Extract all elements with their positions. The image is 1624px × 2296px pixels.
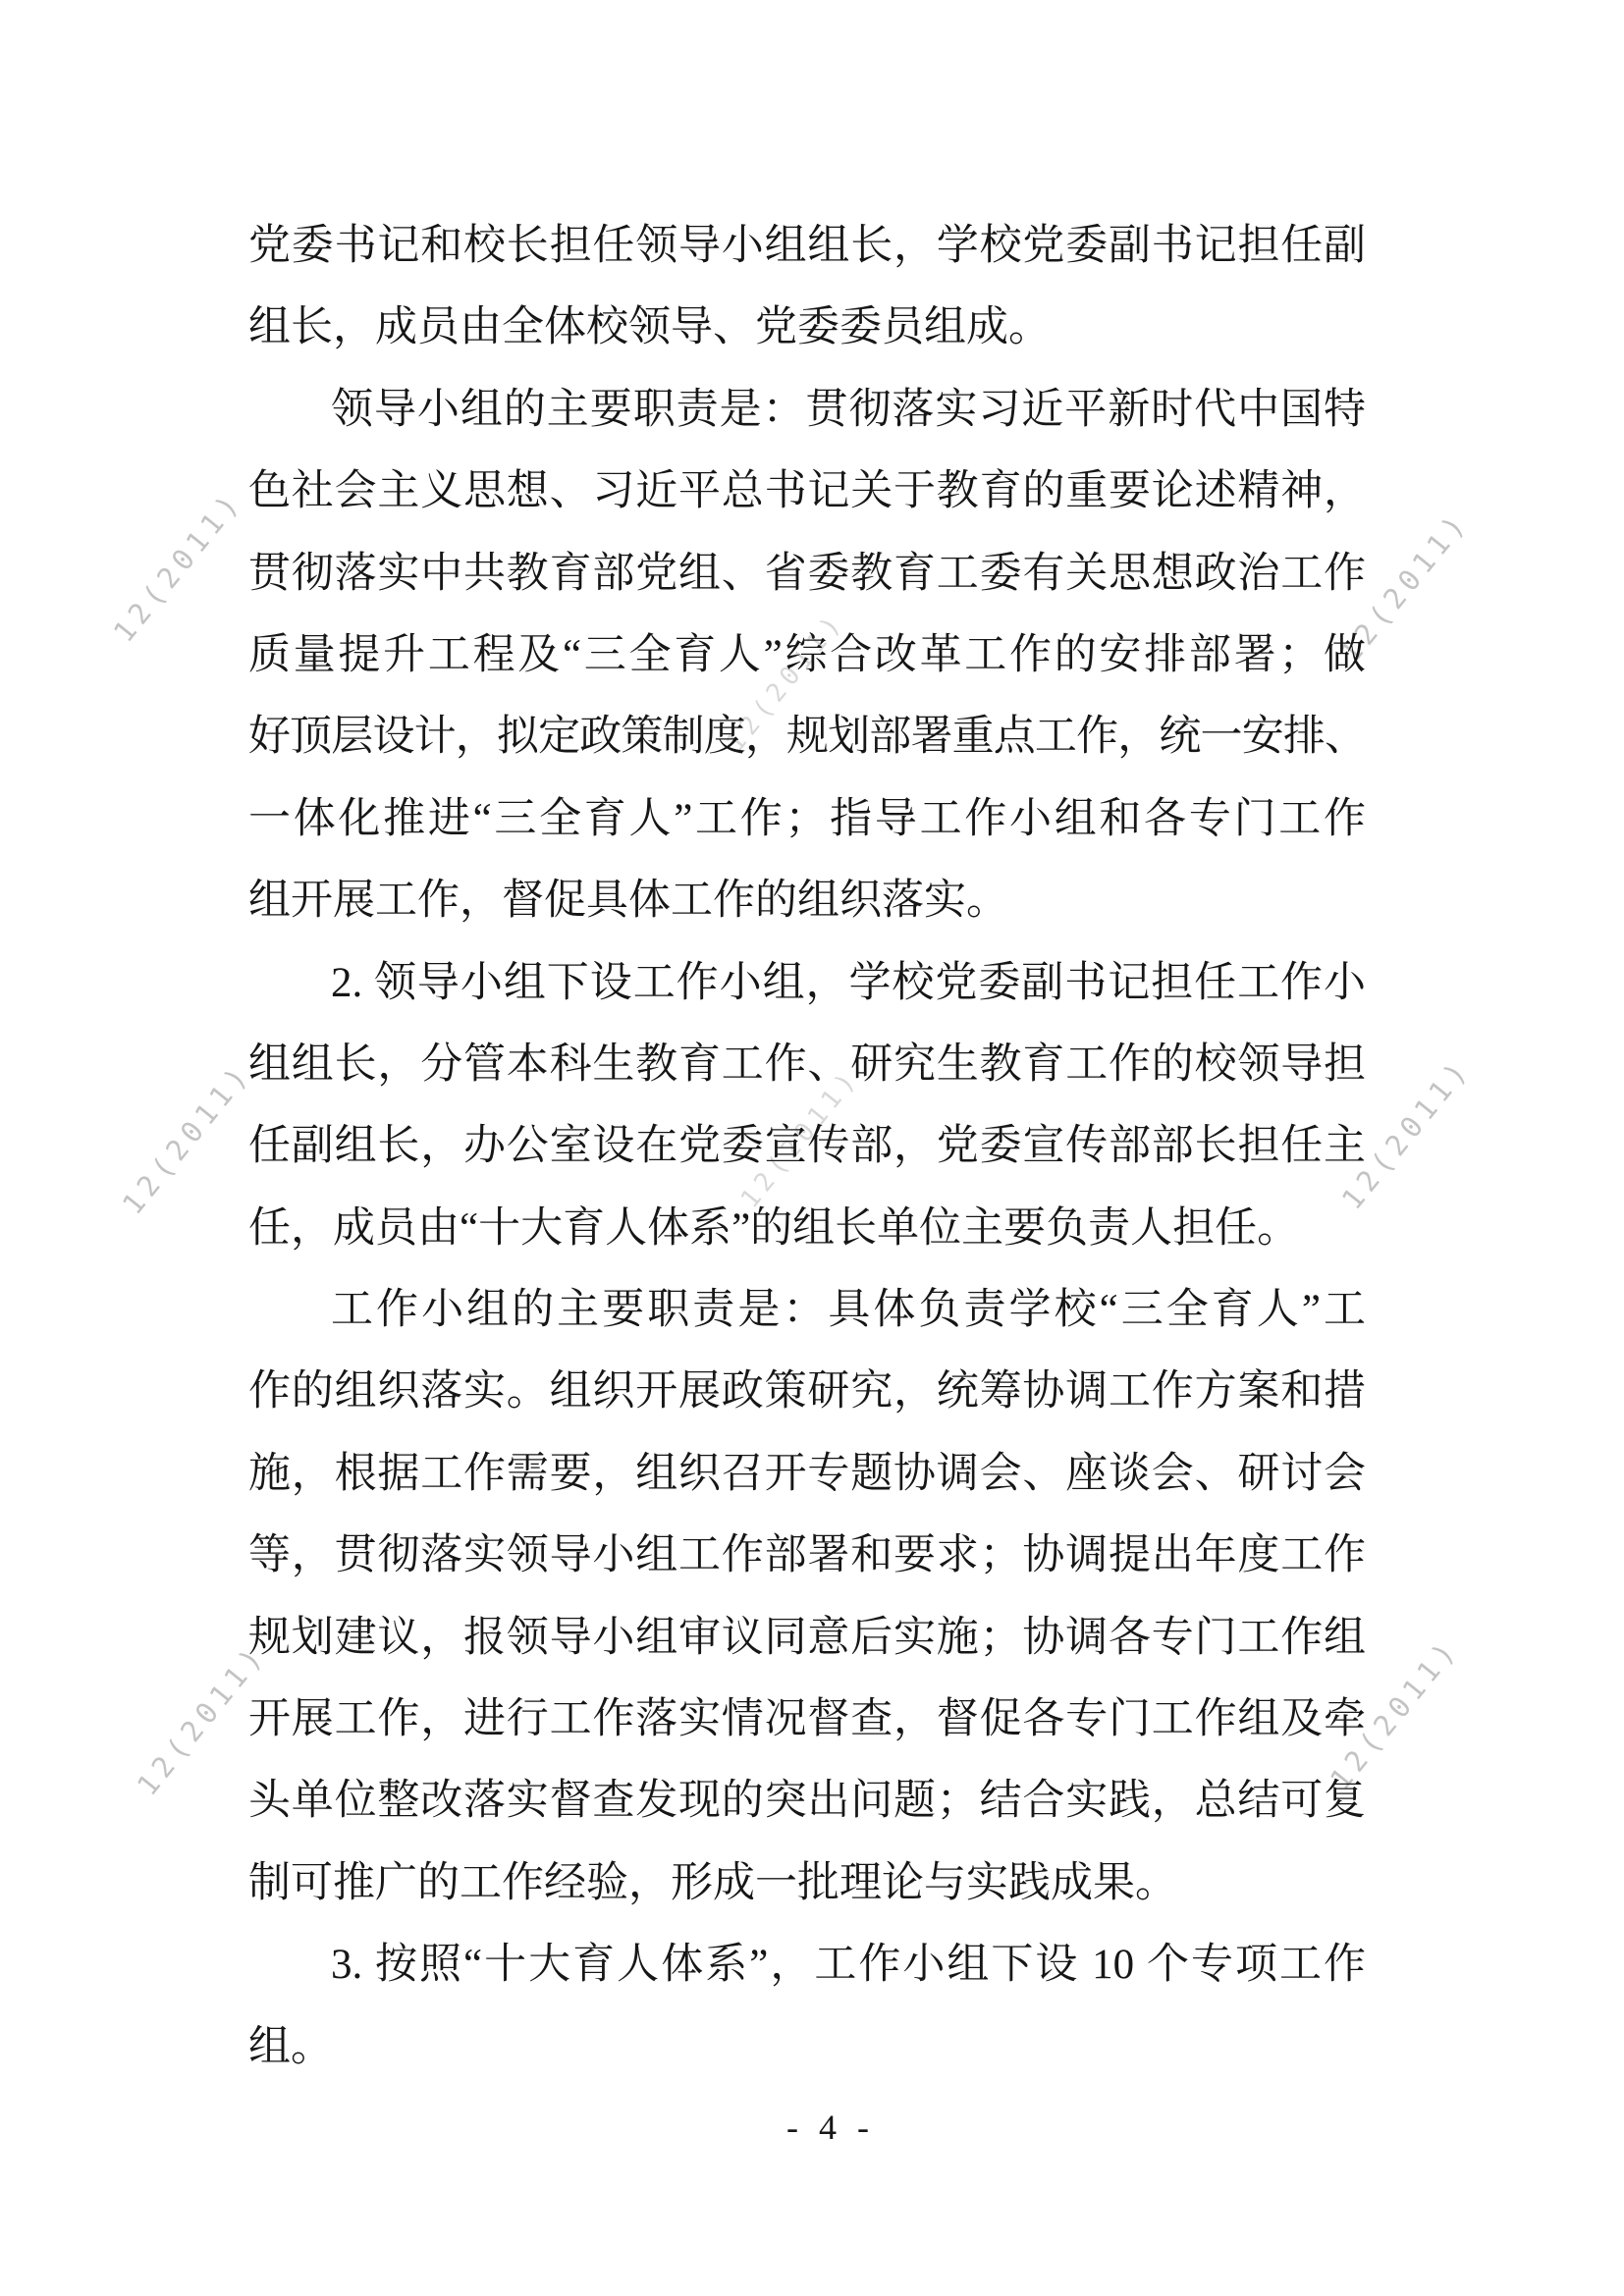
document-line: 制可推广的工作经验，形成一批理论与实践成果。: [248, 1842, 1366, 1924]
document-line: 领导小组的主要职责是：贯彻落实习近平新时代中国特: [248, 369, 1366, 451]
document-line: 贯彻落实中共教育部党组、省委教育工委有关思想政治工作: [248, 533, 1366, 614]
document-line: 质量提升工程及“三全育人”综合改革工作的安排部署；做: [248, 614, 1366, 696]
watermark-text: 12(2011): [107, 484, 249, 648]
document-line: 任，成员由“十大育人体系”的组长单位主要负责人担任。: [248, 1188, 1366, 1269]
document-line: 组组长，分管本科生教育工作、研究生教育工作的校领导担: [248, 1024, 1366, 1105]
document-line: 工作小组的主要职责是：具体负责学校“三全育人”工: [248, 1269, 1366, 1351]
document-line: 色社会主义思想、习近平总书记关于教育的重要论述精神，: [248, 451, 1366, 532]
document-line: 开展工作，进行工作落实情况督查，督促各专门工作组及牵: [248, 1679, 1366, 1760]
document-line: 规划建议，报领导小组审议同意后实施；协调各专门工作组: [248, 1597, 1366, 1679]
document-line: 组。: [248, 2006, 1366, 2088]
document-line: 3. 按照“十大育人体系”，工作小组下设 10 个专项工作: [248, 1924, 1366, 2005]
document-line: 组长，成员由全体校领导、党委委员组成。: [248, 287, 1366, 368]
document-line: 好顶层设计，拟定政策制度，规划部署重点工作，统一安排、: [248, 696, 1366, 777]
document-line: 2. 领导小组下设工作小组，学校党委副书记担任工作小: [248, 942, 1366, 1024]
document-body: 党委书记和校长担任领导小组组长，学校党委副书记担任副 组长，成员由全体校领导、党…: [248, 205, 1366, 2088]
scanned-document-page: 12(2011) 12(2011) 12(2011) 12(2011) 12(2…: [0, 0, 1624, 2296]
document-line: 党委书记和校长担任领导小组组长，学校党委副书记担任副: [248, 205, 1366, 287]
document-line: 头单位整改落实督查发现的突出问题；结合实践，总结可复: [248, 1760, 1366, 1842]
page-number: - 4 -: [786, 2107, 875, 2148]
document-line: 任副组长，办公室设在党委宣传部，党委宣传部部长担任主: [248, 1105, 1366, 1187]
document-line: 施，根据工作需要，组织召开专题协调会、座谈会、研讨会: [248, 1433, 1366, 1515]
document-line: 一体化推进“三全育人”工作；指导工作小组和各专门工作: [248, 778, 1366, 860]
document-line: 作的组织落实。组织开展政策研究，统筹协调工作方案和措: [248, 1351, 1366, 1432]
watermark-text: 12(2011): [116, 1056, 258, 1220]
document-line: 等，贯彻落实领导小组工作部署和要求；协调提出年度工作: [248, 1515, 1366, 1596]
document-line: 组开展工作，督促具体工作的组织落实。: [248, 860, 1366, 941]
